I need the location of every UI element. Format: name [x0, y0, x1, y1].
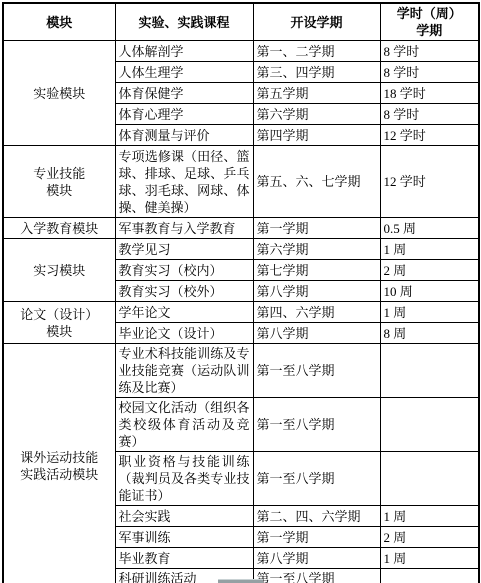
course-cell: 毕业教育 [115, 548, 253, 569]
document-page: 模块 实验、实践课程 开设学期 学时（周） 学期 实验模块 人体解剖学 第一、二… [0, 0, 481, 583]
semester-cell: 第一至八学期 [253, 452, 380, 506]
hours-cell: 8 学时 [380, 104, 479, 125]
course-cell: 军事训练 [115, 527, 253, 548]
semester-cell: 第六学期 [253, 239, 380, 260]
course-cell: 教育实习（校外） [115, 281, 253, 302]
table-row: 专业技能 模块 专项选修课（田径、篮球、排球、足球、乒乓球、羽毛球、网球、体操、… [3, 146, 479, 218]
semester-cell: 第一学期 [253, 527, 380, 548]
hours-cell [380, 569, 479, 583]
header-hours: 学时（周） 学期 [380, 3, 479, 41]
module-cell: 专业技能 模块 [3, 146, 115, 218]
table-row: 论文（设计） 模块 学年论文 第四、六学期 1 周 [3, 302, 479, 323]
hours-cell: 2 周 [380, 527, 479, 548]
hours-cell: 12 学时 [380, 125, 479, 146]
hours-cell: 1 周 [380, 239, 479, 260]
course-cell: 专业术科技能训练及专业技能竞赛（运动队训练及比赛） [115, 344, 253, 398]
hours-cell: 1 周 [380, 506, 479, 527]
module-cell: 论文（设计） 模块 [3, 302, 115, 344]
table-row: 入学教育模块 军事教育与入学教育 第一学期 0.5 周 [3, 218, 479, 239]
hours-cell: 12 学时 [380, 146, 479, 218]
hours-cell [380, 398, 479, 452]
module-cell: 入学教育模块 [3, 218, 115, 239]
table-row: 实习模块 教学见习 第六学期 1 周 [3, 239, 479, 260]
semester-cell: 第八学期 [253, 548, 380, 569]
course-cell: 军事教育与入学教育 [115, 218, 253, 239]
semester-cell: 第一至八学期 [253, 344, 380, 398]
hours-cell: 8 学时 [380, 62, 479, 83]
semester-cell: 第三、四学期 [253, 62, 380, 83]
course-cell: 职业资格与技能训练（裁判员及各类专业技能证书） [115, 452, 253, 506]
course-cell: 教学见习 [115, 239, 253, 260]
hours-cell: 8 周 [380, 323, 479, 344]
course-cell: 体育保健学 [115, 83, 253, 104]
hours-cell [380, 344, 479, 398]
module-cell: 实习模块 [3, 239, 115, 302]
module-cell: 实验模块 [3, 41, 115, 146]
header-row: 模块 实验、实践课程 开设学期 学时（周） 学期 [3, 3, 479, 41]
semester-cell: 第八学期 [253, 281, 380, 302]
course-cell: 人体解剖学 [115, 41, 253, 62]
course-cell: 学年论文 [115, 302, 253, 323]
curriculum-table: 模块 实验、实践课程 开设学期 学时（周） 学期 实验模块 人体解剖学 第一、二… [2, 2, 480, 583]
header-course: 实验、实践课程 [115, 3, 253, 41]
course-cell: 专项选修课（田径、篮球、排球、足球、乒乓球、羽毛球、网球、体操、健美操） [115, 146, 253, 218]
course-cell: 人体生理学 [115, 62, 253, 83]
course-cell: 体育测量与评价 [115, 125, 253, 146]
semester-cell: 第五学期 [253, 83, 380, 104]
hours-cell: 10 周 [380, 281, 479, 302]
semester-cell: 第一至八学期 [253, 398, 380, 452]
semester-cell: 第四、六学期 [253, 302, 380, 323]
hours-cell: 8 学时 [380, 41, 479, 62]
module-cell: 课外运动技能 实践活动模块 [3, 344, 115, 583]
hours-cell [380, 452, 479, 506]
course-cell: 体育心理学 [115, 104, 253, 125]
hours-cell: 0.5 周 [380, 218, 479, 239]
course-cell: 社会实践 [115, 506, 253, 527]
semester-cell: 第七学期 [253, 260, 380, 281]
semester-cell: 第一、二学期 [253, 41, 380, 62]
header-module: 模块 [3, 3, 115, 41]
table-row: 实验模块 人体解剖学 第一、二学期 8 学时 [3, 41, 479, 62]
scroll-handle[interactable] [218, 579, 263, 583]
semester-cell: 第二、四、六学期 [253, 506, 380, 527]
hours-cell: 18 学时 [380, 83, 479, 104]
course-cell: 校园文化活动（组织各类校级体育活动及竞赛） [115, 398, 253, 452]
course-cell: 毕业论文（设计） [115, 323, 253, 344]
semester-cell: 第八学期 [253, 323, 380, 344]
semester-cell: 第五、六、七学期 [253, 146, 380, 218]
semester-cell: 第一至八学期 [253, 569, 380, 583]
header-semester: 开设学期 [253, 3, 380, 41]
semester-cell: 第一学期 [253, 218, 380, 239]
semester-cell: 第四学期 [253, 125, 380, 146]
table-row: 课外运动技能 实践活动模块 专业术科技能训练及专业技能竞赛（运动队训练及比赛） … [3, 344, 479, 398]
semester-cell: 第六学期 [253, 104, 380, 125]
course-cell: 教育实习（校内） [115, 260, 253, 281]
hours-cell: 1 周 [380, 302, 479, 323]
hours-cell: 2 周 [380, 260, 479, 281]
hours-cell: 1 周 [380, 548, 479, 569]
